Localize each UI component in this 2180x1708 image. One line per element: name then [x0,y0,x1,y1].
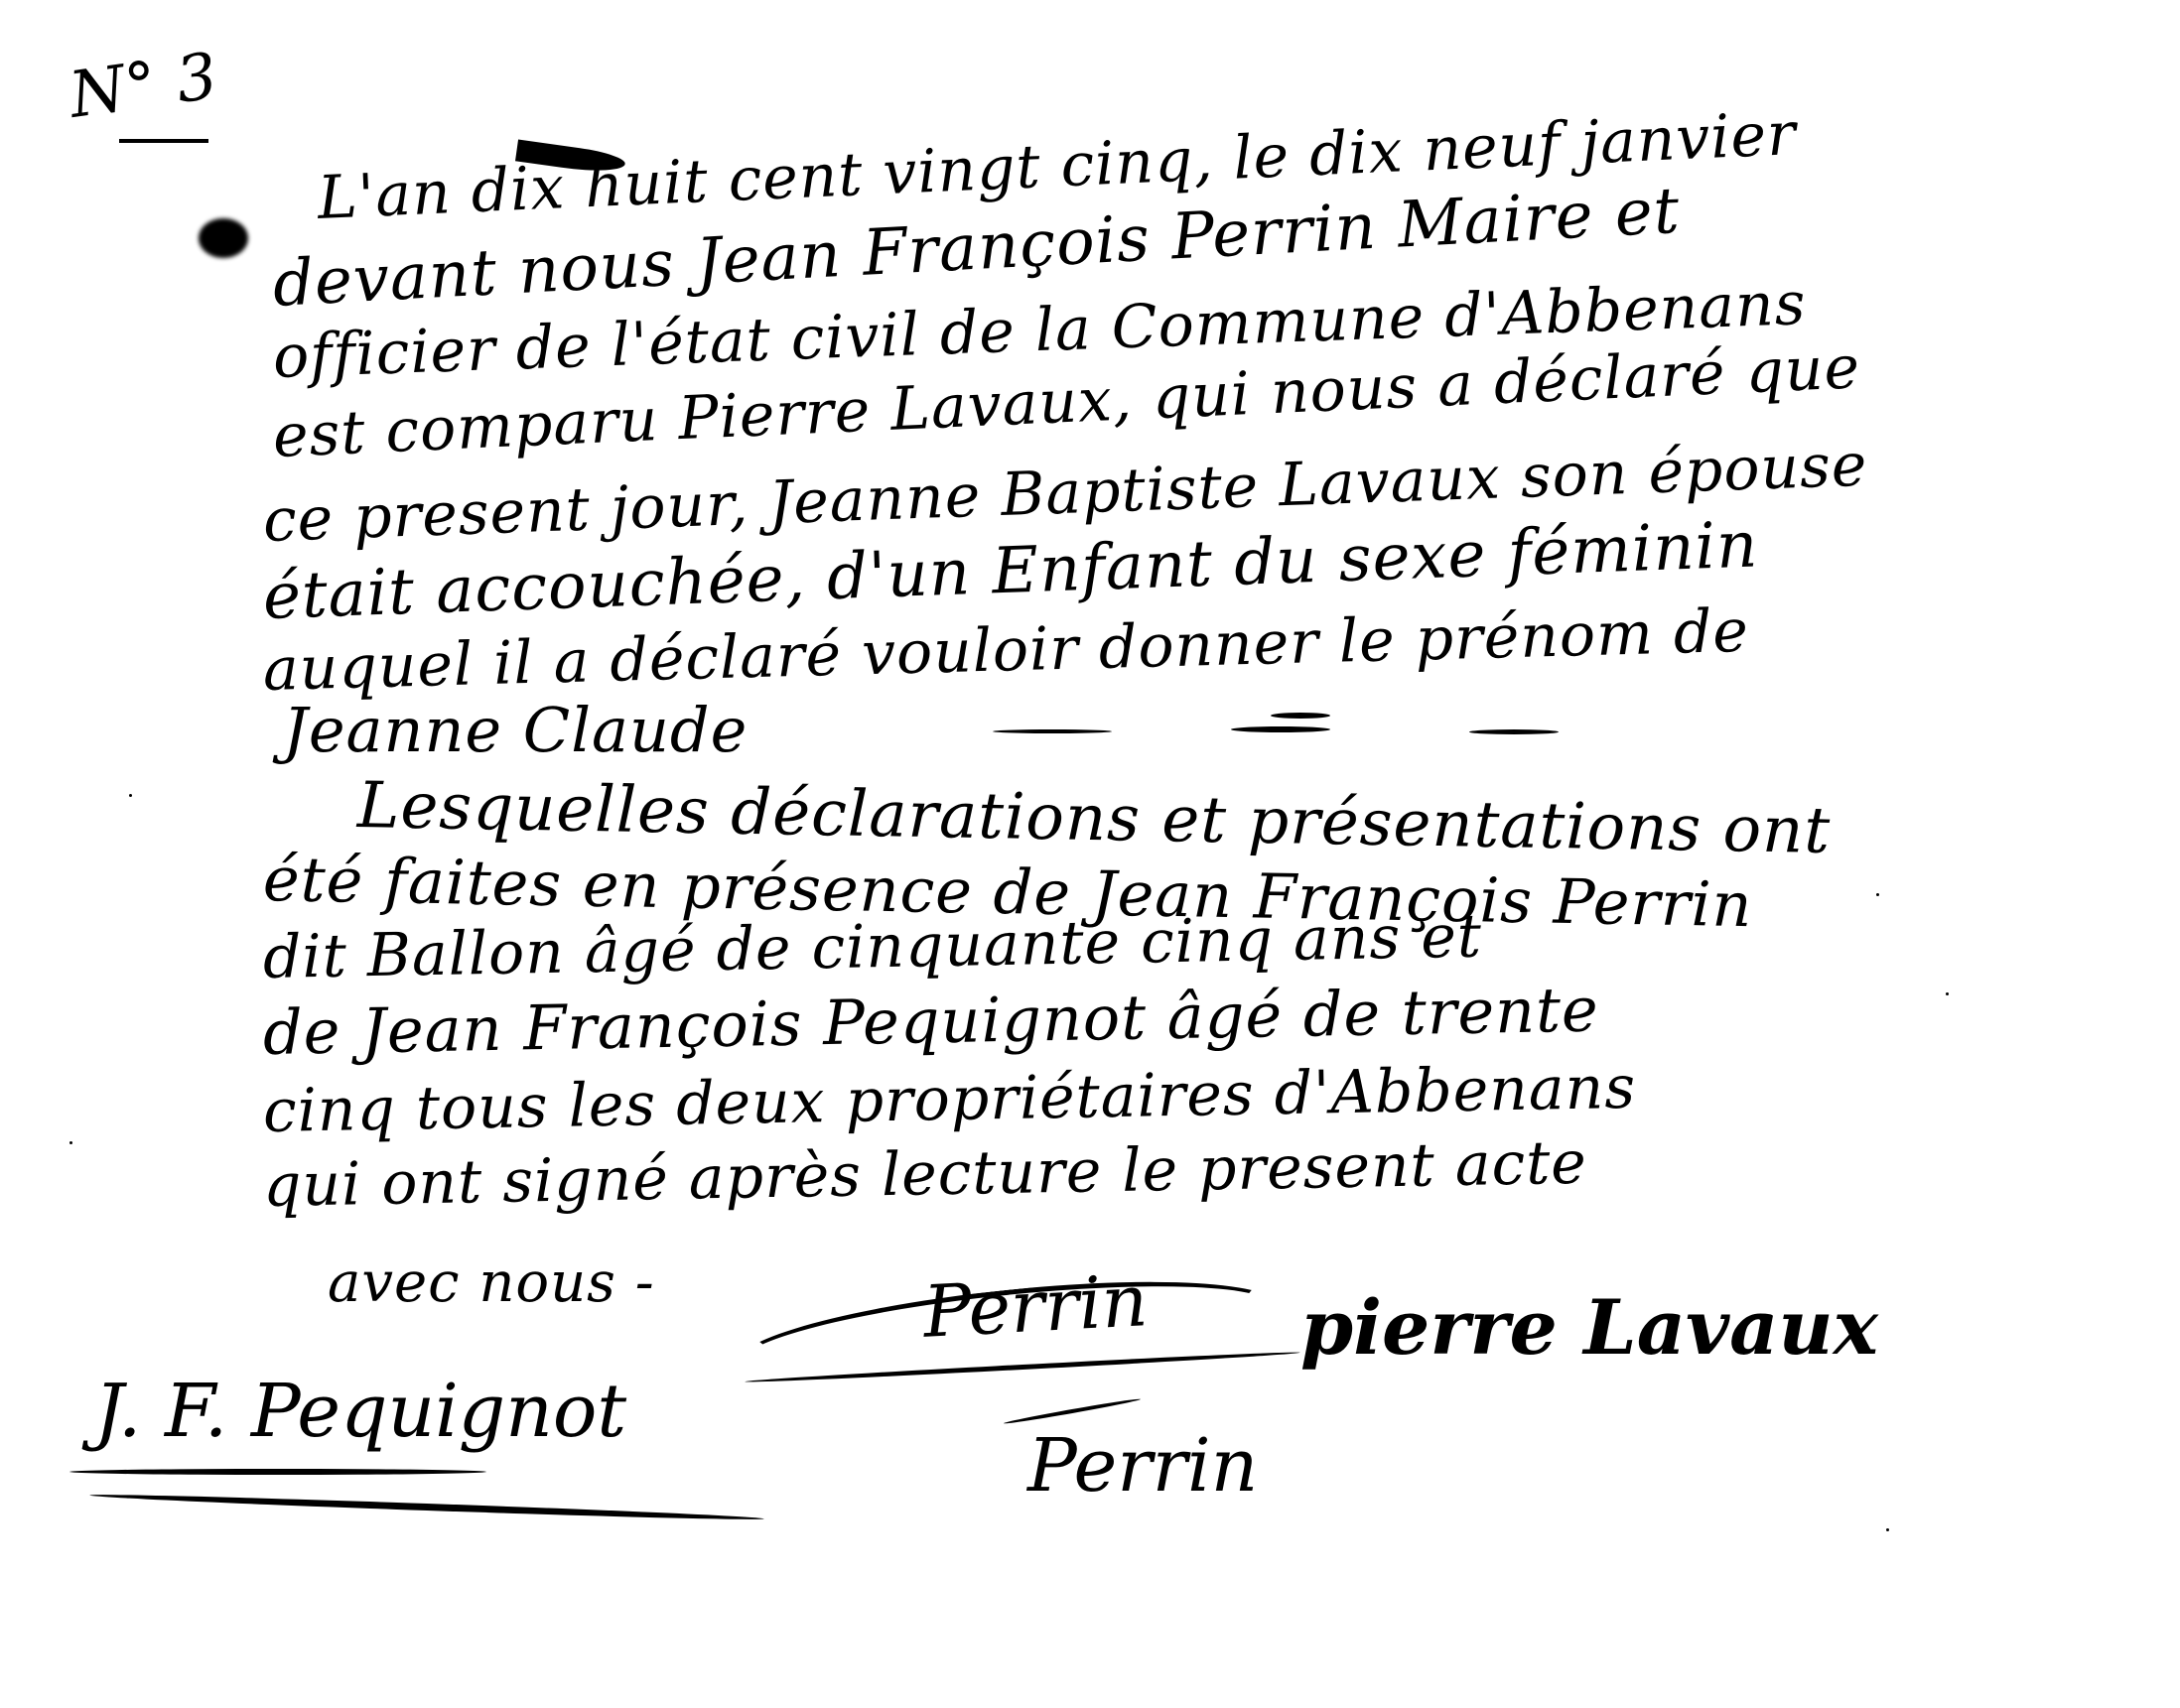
margin-entry-number: N° 3 [66,45,221,128]
text-line-13: cinq tous les deux propriétaires d'Abben… [262,1058,1636,1141]
register-page: N° 3 L'an dix huit cent vingt cinq, le d… [0,0,2180,1708]
text-line-12: de Jean François Pequignot âgé de trente [262,980,1599,1064]
signature-pierre-lavaux: pierre Lavaux [1300,1290,1878,1366]
scan-speck [1876,893,1879,896]
scan-speck [129,794,132,797]
signature-pequignot: J. F. Pequignot [94,1375,626,1448]
line-fill-rule [1231,726,1330,732]
line-fill-rule [993,729,1112,733]
line-fill-rule [1469,729,1559,734]
signature-underline [89,1492,764,1522]
scan-speck [1946,992,1949,995]
text-line-14: qui ont signé après lecture le present a… [262,1133,1587,1216]
text-line-8-child-name: Jeanne Claude [283,700,748,761]
signature-perrin-witness: Perrin [1027,1429,1258,1503]
text-line-11: dit Ballon âgé de cinquante cinq ans et [262,907,1482,987]
margin-dash [119,139,208,143]
text-line-15: avec nous - [328,1255,655,1311]
signature-stroke [1004,1397,1142,1425]
ink-blot [199,218,248,258]
signature-underline [69,1469,486,1475]
line-fill-rule [1271,713,1330,719]
scan-speck [1886,1528,1889,1531]
scan-speck [69,1141,72,1144]
